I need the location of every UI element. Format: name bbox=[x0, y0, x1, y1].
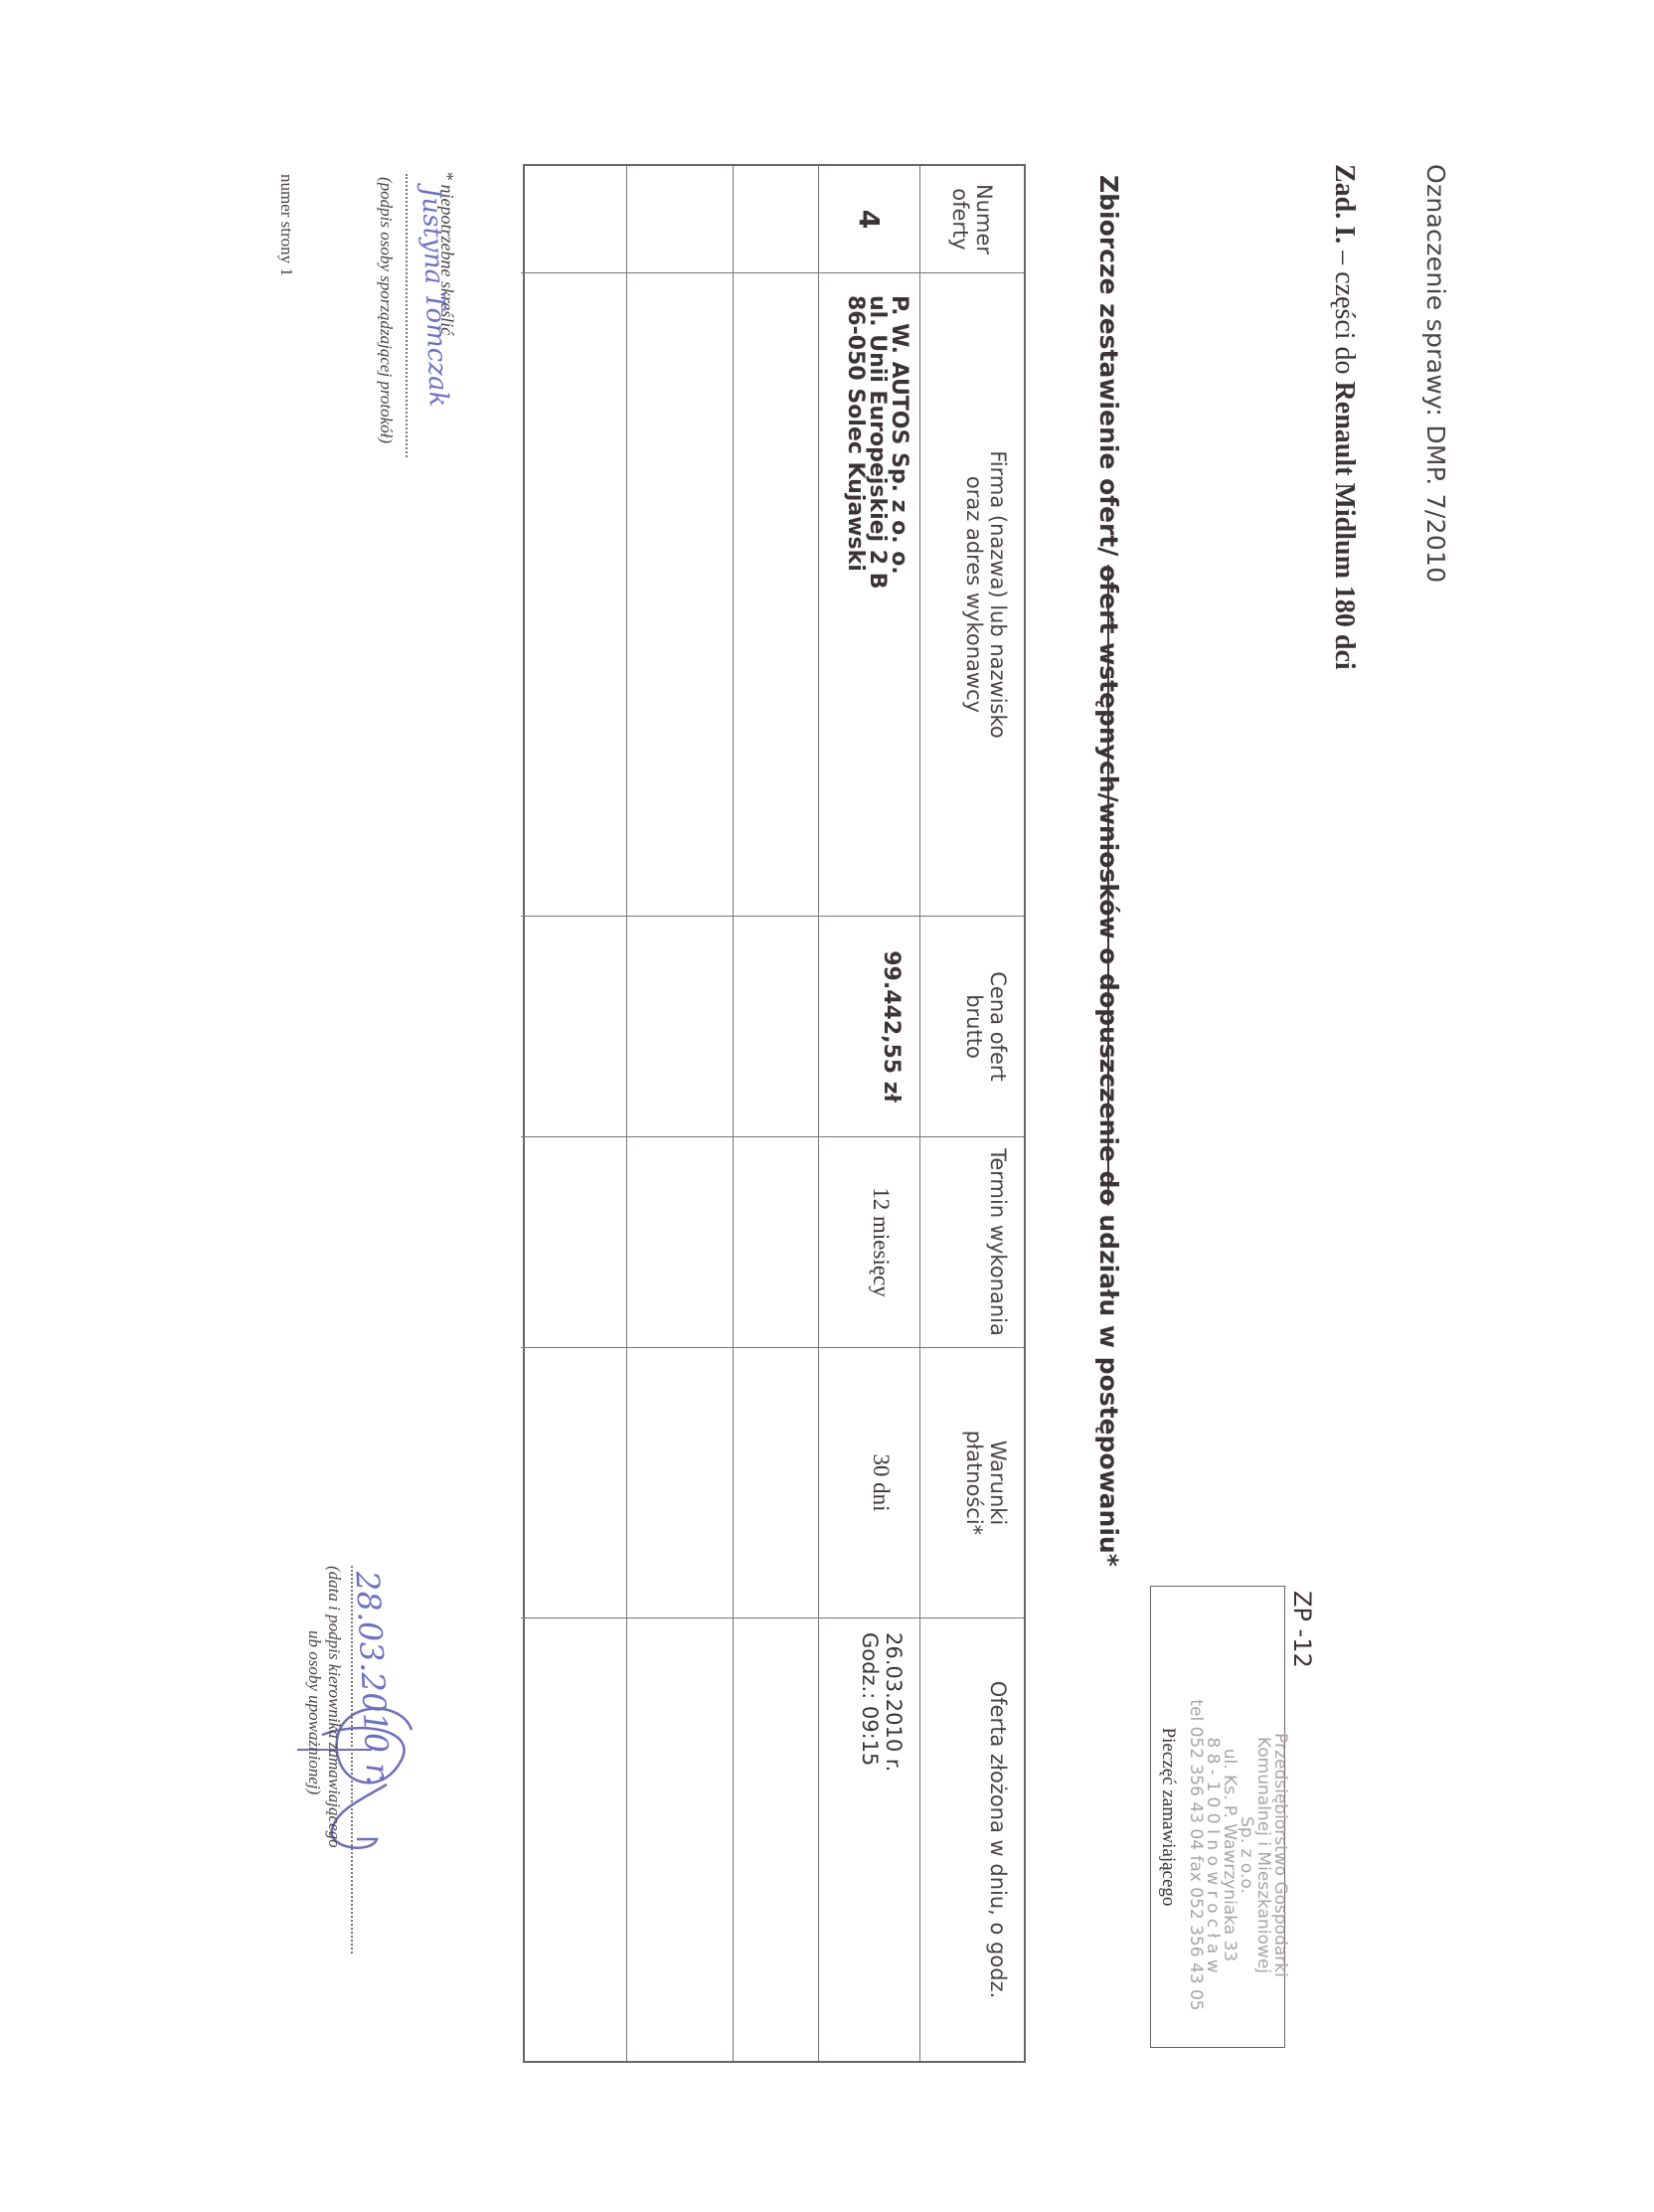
offer-price: 99.442,55 zł bbox=[819, 916, 919, 1136]
empty-cell bbox=[627, 272, 733, 916]
col-header-submitted: Oferta złożona w dniu, o godz. bbox=[920, 1617, 1024, 2061]
empty-cell bbox=[627, 166, 733, 272]
empty-cell bbox=[734, 916, 818, 1136]
col-header-payment: Warunki płatności* bbox=[920, 1347, 1024, 1617]
empty-cell bbox=[521, 166, 626, 272]
empty-cell bbox=[627, 1617, 733, 2061]
empty-cell bbox=[521, 1347, 626, 1617]
table-row bbox=[521, 166, 627, 2061]
document-title: Zbiorcze zestawienie ofert/ ofert wstępn… bbox=[1094, 175, 1123, 1567]
company-city: 86-050 Solec Kujawski bbox=[844, 295, 866, 589]
right-signature-caption-2: ub osoby upoważnionej) bbox=[304, 1630, 324, 1794]
empty-cell bbox=[734, 1617, 818, 2061]
stamp-line: Przedsiębiorstwo Gospodarki bbox=[1271, 1656, 1288, 2054]
table-row bbox=[627, 166, 734, 2061]
table-row bbox=[734, 166, 819, 2061]
empty-cell bbox=[521, 1617, 626, 2061]
stamp-label: Pieczęć zamawiającego bbox=[1157, 1587, 1179, 2047]
offer-number: 4 bbox=[819, 166, 919, 272]
col-header-company: Firma (nazwa) lub nazwisko oraz adres wy… bbox=[920, 272, 1024, 916]
stamp-line: 8 8 - 1 0 0 I n o w r o c ł a w bbox=[1204, 1656, 1221, 2054]
empty-cell bbox=[627, 1347, 733, 1617]
left-signature-line bbox=[406, 174, 408, 457]
offer-payment: 30 dni bbox=[819, 1347, 919, 1617]
company-name: P. W. AUTOS Sp. z o. o. bbox=[888, 295, 910, 589]
right-signature-line bbox=[351, 1566, 353, 1954]
empty-cell bbox=[521, 272, 626, 916]
title-part-1: Zbiorcze zestawienie ofert/ bbox=[1094, 175, 1123, 565]
case-number: Oznaczenie sprawy: DMP. 7/2010 bbox=[1421, 164, 1450, 583]
empty-cell bbox=[627, 1136, 733, 1347]
col-header-term: Termin wykonania bbox=[920, 1136, 1024, 1347]
title-struck-text: ofert wstępnych/wniosków o dopuszczenie … bbox=[1094, 565, 1123, 1206]
table-header-row: Numer oferty Firma (nazwa) lub nazwisko … bbox=[920, 166, 1024, 2061]
empty-cell bbox=[734, 166, 818, 272]
task-middle: – części do bbox=[1329, 244, 1360, 381]
task-prefix: Zad. I. bbox=[1329, 164, 1360, 244]
empty-cell bbox=[627, 916, 733, 1136]
table-row: 4 P. W. AUTOS Sp. z o. o. ul. Unii Europ… bbox=[819, 166, 920, 2061]
task-heading: Zad. I. – części do Renault Midlum 180 d… bbox=[1328, 164, 1360, 670]
stamp-line: Sp. z o.o. bbox=[1238, 1656, 1254, 2054]
submitted-time: Godz.: 09:15 bbox=[858, 1632, 882, 1772]
empty-cell bbox=[521, 1136, 626, 1347]
stamp-line: tel 052 356 43 04 fax 052 356 43 05 bbox=[1187, 1656, 1204, 2054]
right-signature-caption-1: (data i podpis kierownika zamawiającego bbox=[324, 1566, 344, 1848]
left-signature-caption: (podpis osoby sporządzającej protokół) bbox=[376, 177, 396, 443]
title-part-2: udziału w postępowaniu* bbox=[1094, 1206, 1123, 1567]
document-page: Oznaczenie sprawy: DMP. 7/2010 Zad. I. –… bbox=[0, 0, 1654, 2212]
stamp-imprint: Przedsiębiorstwo Gospodarki Komunalnej i… bbox=[1187, 1656, 1288, 2054]
col-header-number: Numer oferty bbox=[920, 166, 1024, 272]
col-header-price: Cena ofert brutto bbox=[920, 916, 1024, 1136]
empty-cell bbox=[734, 272, 818, 916]
stamp-line: Komunalnej i Mieszkaniowej bbox=[1254, 1656, 1271, 2054]
form-code: ZP -12 bbox=[1288, 1591, 1316, 1668]
offers-table: Numer oferty Firma (nazwa) lub nazwisko … bbox=[523, 164, 1026, 2063]
stamp-line: ul. Ks. P. Wawrzyniaka 33 bbox=[1221, 1656, 1238, 2054]
page-number: numer strony 1 bbox=[276, 174, 296, 276]
submitted-date: 26.03.2010 r. bbox=[882, 1632, 906, 1772]
empty-cell bbox=[734, 1347, 818, 1617]
company-street: ul. Unii Europejskiej 2 B bbox=[866, 295, 888, 589]
offer-term: 12 miesięcy bbox=[819, 1136, 919, 1347]
offer-submitted: 26.03.2010 r. Godz.: 09:15 bbox=[819, 1617, 919, 2061]
empty-cell bbox=[734, 1136, 818, 1347]
buyer-stamp-box: Przedsiębiorstwo Gospodarki Komunalnej i… bbox=[1150, 1586, 1285, 2048]
offer-company: P. W. AUTOS Sp. z o. o. ul. Unii Europej… bbox=[819, 272, 919, 916]
empty-cell bbox=[521, 916, 626, 1136]
task-vehicle: Renault Midlum 180 dci bbox=[1329, 382, 1360, 670]
